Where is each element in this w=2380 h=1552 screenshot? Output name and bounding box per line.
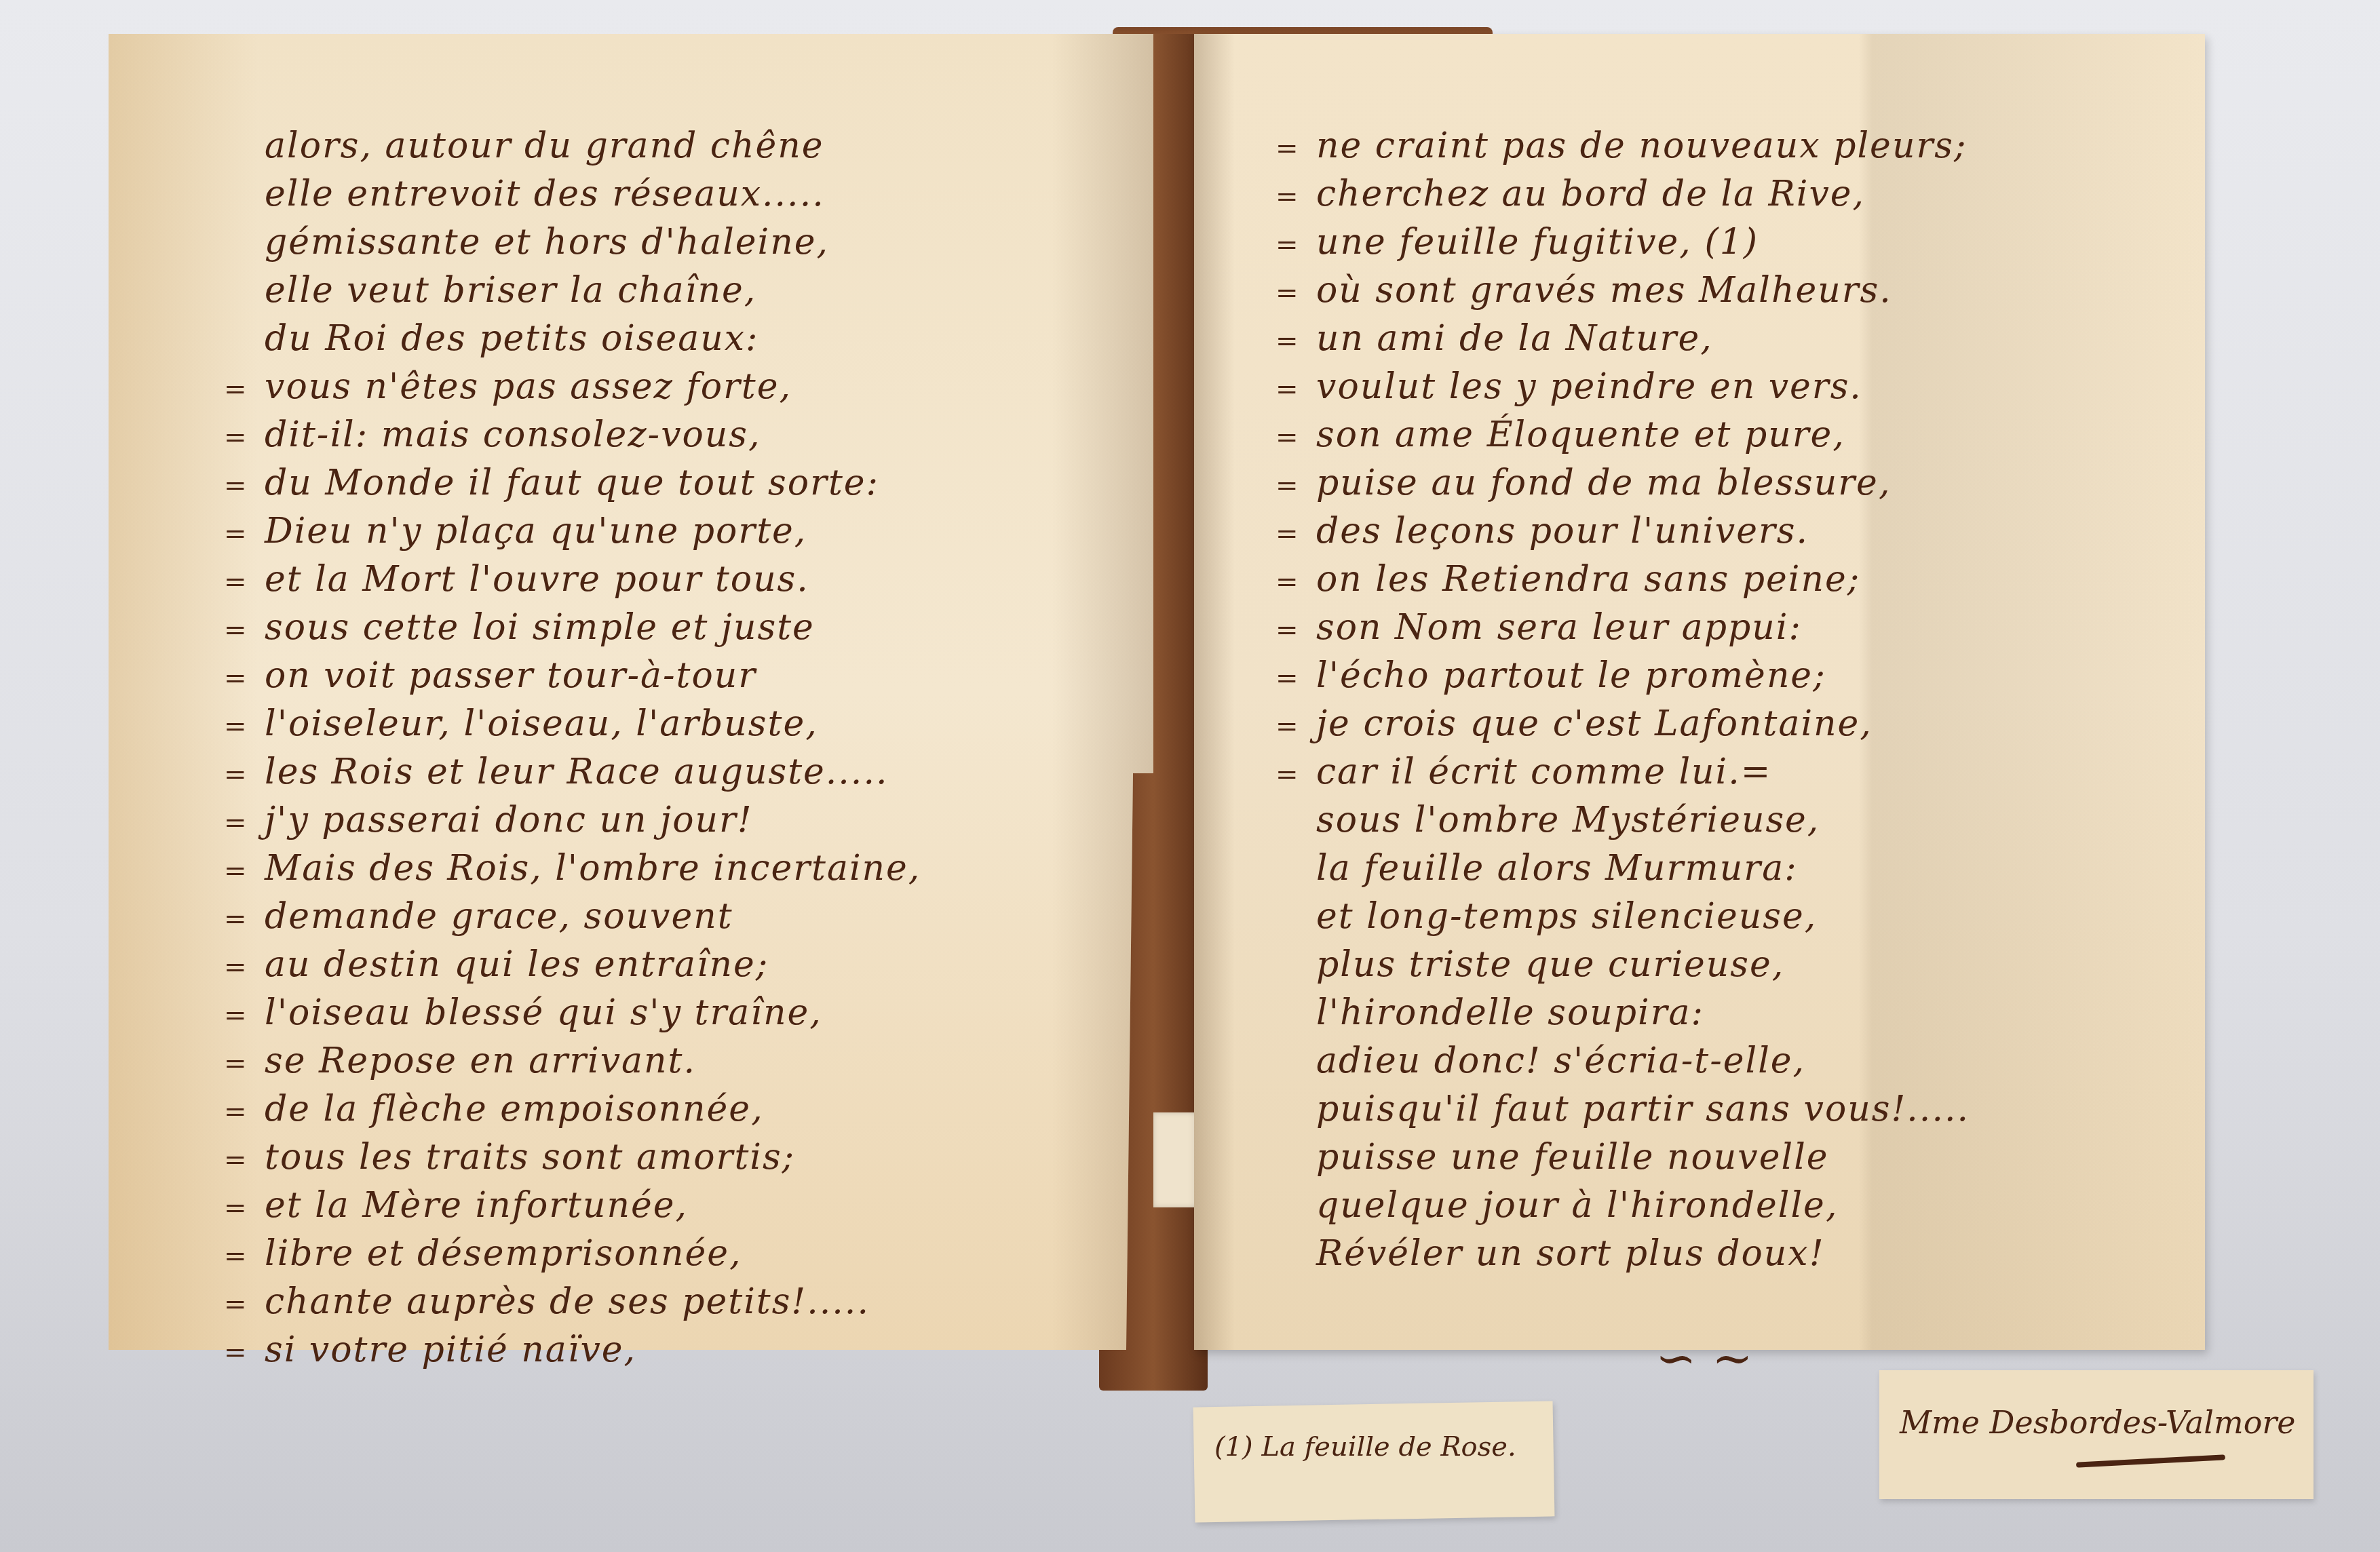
verse-text: l'oiseau blessé qui s'y traîne, — [265, 992, 822, 1033]
verse-text: je crois que c'est Lafontaine, — [1316, 703, 1873, 744]
verse-line: =l'écho partout le promène; — [1275, 652, 1970, 700]
verse-line: =car il écrit comme lui.= — [1275, 748, 1970, 796]
verse-line: =on voit passer tour-à-tour — [224, 652, 921, 700]
verse-text: son Nom sera leur appui: — [1316, 607, 1802, 648]
verse-line: =de la flèche empoisonnée, — [224, 1085, 921, 1133]
continuation-mark: = — [224, 606, 265, 655]
verse-text: Mais des Rois, l'ombre incertaine, — [265, 848, 921, 889]
verse-line: du Roi des petits oiseaux: — [224, 315, 921, 363]
verse-line: =je crois que c'est Lafontaine, — [1275, 700, 1970, 748]
verse-text: Révéler un sort plus doux! — [1316, 1233, 1825, 1274]
verse-line: l'hirondelle soupira: — [1275, 989, 1970, 1037]
verse-line: =Dieu n'y plaça qu'une porte, — [224, 507, 921, 556]
verse-line: alors, autour du grand chêne — [224, 122, 921, 170]
verse-line: plus triste que curieuse, — [1275, 941, 1970, 989]
continuation-mark: = — [224, 366, 265, 414]
verse-line: quelque jour à l'hirondelle, — [1275, 1182, 1970, 1230]
verse-text: et la Mort l'ouvre pour tous. — [265, 559, 809, 600]
continuation-mark: = — [224, 462, 265, 510]
verse-line: =demande grace, souvent — [224, 893, 921, 941]
verse-text: du Roi des petits oiseaux: — [265, 318, 759, 359]
verse-text: quelque jour à l'hirondelle, — [1316, 1185, 1838, 1226]
verse-text: au destin qui les entraîne; — [265, 944, 769, 985]
continuation-mark: = — [1275, 317, 1316, 366]
continuation-mark: = — [1275, 125, 1316, 173]
verse-line: =et la Mère infortunée, — [224, 1182, 921, 1230]
verse-line: =des leçons pour l'univers. — [1275, 507, 1970, 556]
verse-line: puisse une feuille nouvelle — [1275, 1133, 1970, 1182]
continuation-mark: = — [224, 1040, 265, 1088]
continuation-mark: = — [224, 799, 265, 847]
continuation-mark: = — [224, 895, 265, 944]
continuation-mark: = — [224, 414, 265, 462]
closing-flourish: ∽ ∼ — [1655, 1330, 1753, 1386]
verse-text: si votre pitié naïve, — [265, 1330, 636, 1370]
verse-text: adieu donc! s'écria-t-elle, — [1316, 1041, 1805, 1081]
verse-text: demande grace, souvent — [265, 896, 733, 937]
continuation-mark: = — [224, 1329, 265, 1377]
verse-text: plus triste que curieuse, — [1316, 944, 1784, 985]
verse-line: =où sont gravés mes Malheurs. — [1275, 267, 1970, 315]
verse-line: =une feuille fugitive, (1) — [1275, 218, 1970, 267]
continuation-mark: = — [224, 1088, 265, 1136]
verse-line: =ne craint pas de nouveaux pleurs; — [1275, 122, 1970, 170]
verse-line: =chante auprès de ses petits!..... — [224, 1278, 921, 1326]
verse-text: de la flèche empoisonnée, — [265, 1089, 764, 1129]
verse-text: j'y passerai donc un jour! — [265, 800, 753, 840]
verse-text: gémissante et hors d'haleine, — [265, 222, 829, 263]
verse-text: des leçons pour l'univers. — [1316, 511, 1809, 551]
verse-text: et long-temps silencieuse, — [1316, 896, 1817, 937]
verse-text: on les Retiendra sans peine; — [1316, 559, 1860, 600]
verse-text: alors, autour du grand chêne — [265, 125, 824, 166]
verse-line: Révéler un sort plus doux! — [1275, 1230, 1970, 1278]
verse-line: =j'y passerai donc un jour! — [224, 796, 921, 845]
verse-line: =si votre pitié naïve, — [224, 1326, 921, 1374]
verse-text: puise au fond de ma blessure, — [1316, 463, 1891, 503]
continuation-mark: = — [1275, 751, 1316, 799]
verse-line: =du Monde il faut que tout sorte: — [224, 459, 921, 507]
continuation-mark: = — [224, 1281, 265, 1329]
verse-line: =dit-il: mais consolez-vous, — [224, 411, 921, 459]
verse-line: =on les Retiendra sans peine; — [1275, 556, 1970, 604]
continuation-mark: = — [224, 558, 265, 606]
left-page-verses: alors, autour du grand chêneelle entrevo… — [224, 122, 921, 1374]
verse-line: adieu donc! s'écria-t-elle, — [1275, 1037, 1970, 1085]
verse-text: cherchez au bord de la Rive, — [1316, 174, 1865, 214]
continuation-mark: = — [1275, 366, 1316, 414]
continuation-mark: = — [224, 944, 265, 992]
verse-line: =libre et désemprisonnée, — [224, 1230, 921, 1278]
verse-text: un ami de la Nature, — [1316, 318, 1713, 359]
continuation-mark: = — [1275, 414, 1316, 462]
verse-line: =vous n'êtes pas assez forte, — [224, 363, 921, 411]
continuation-mark: = — [1275, 269, 1316, 317]
verse-text: elle veut briser la chaîne, — [265, 270, 756, 311]
verse-text: se Repose en arrivant. — [265, 1041, 696, 1081]
continuation-mark: = — [1275, 510, 1316, 558]
verse-text: l'oiseleur, l'oiseau, l'arbuste, — [265, 703, 818, 744]
verse-line: =son ame Éloquente et pure, — [1275, 411, 1970, 459]
verse-text: puisqu'il faut partir sans vous!..... — [1316, 1089, 1970, 1129]
verse-text: l'écho partout le promène; — [1316, 655, 1826, 696]
verse-line: =Mais des Rois, l'ombre incertaine, — [224, 845, 921, 893]
verse-text: la feuille alors Murmura: — [1316, 848, 1798, 889]
verse-line: =tous les traits sont amortis; — [224, 1133, 921, 1182]
verse-text: ne craint pas de nouveaux pleurs; — [1316, 125, 1967, 166]
verse-line: =l'oiseleur, l'oiseau, l'arbuste, — [224, 700, 921, 748]
verse-line: =sous cette loi simple et juste — [224, 604, 921, 652]
continuation-mark: = — [1275, 606, 1316, 655]
verse-line: =puise au fond de ma blessure, — [1275, 459, 1970, 507]
verse-line: =l'oiseau blessé qui s'y traîne, — [224, 989, 921, 1037]
footnote-text: (1) La feuille de Rose. — [1214, 1431, 1516, 1462]
verse-line: et long-temps silencieuse, — [1275, 893, 1970, 941]
verse-line: elle entrevoit des réseaux..... — [224, 170, 921, 218]
continuation-mark: = — [224, 703, 265, 751]
verse-line: =son Nom sera leur appui: — [1275, 604, 1970, 652]
continuation-mark: = — [1275, 462, 1316, 510]
verse-line: =voulut les y peindre en vers. — [1275, 363, 1970, 411]
continuation-mark: = — [224, 510, 265, 558]
verse-text: voulut les y peindre en vers. — [1316, 366, 1862, 407]
verse-line: =au destin qui les entraîne; — [224, 941, 921, 989]
verse-text: vous n'êtes pas assez forte, — [265, 366, 792, 407]
verse-line: gémissante et hors d'haleine, — [224, 218, 921, 267]
verse-line: sous l'ombre Mystérieuse, — [1275, 796, 1970, 845]
verse-line: elle veut briser la chaîne, — [224, 267, 921, 315]
verse-text: libre et désemprisonnée, — [265, 1233, 742, 1274]
continuation-mark: = — [1275, 655, 1316, 703]
verse-text: l'hirondelle soupira: — [1316, 992, 1704, 1033]
continuation-mark: = — [224, 1136, 265, 1184]
verse-line: =et la Mort l'ouvre pour tous. — [224, 556, 921, 604]
verse-text: chante auprès de ses petits!..... — [265, 1281, 870, 1322]
continuation-mark: = — [224, 655, 265, 703]
verse-line: =les Rois et leur Race auguste..... — [224, 748, 921, 796]
continuation-mark: = — [1275, 558, 1316, 606]
verse-text: du Monde il faut que tout sorte: — [265, 463, 879, 503]
verse-text: dit-il: mais consolez-vous, — [265, 414, 761, 455]
verse-text: tous les traits sont amortis; — [265, 1137, 795, 1178]
verse-text: Dieu n'y plaça qu'une porte, — [265, 511, 807, 551]
verse-line: la feuille alors Murmura: — [1275, 845, 1970, 893]
right-page-verses: =ne craint pas de nouveaux pleurs;=cherc… — [1275, 122, 1970, 1278]
verse-line: =un ami de la Nature, — [1275, 315, 1970, 363]
continuation-mark: = — [224, 1184, 265, 1233]
continuation-mark: = — [1275, 703, 1316, 751]
verse-text: car il écrit comme lui.= — [1316, 752, 1771, 792]
continuation-mark: = — [224, 847, 265, 895]
verse-text: elle entrevoit des réseaux..... — [265, 174, 825, 214]
continuation-mark: = — [1275, 173, 1316, 221]
verse-text: et la Mère infortunée, — [265, 1185, 688, 1226]
continuation-mark: = — [1275, 221, 1316, 269]
author-signature: Mme Desbordes-Valmore — [1900, 1404, 2296, 1441]
verse-text: puisse une feuille nouvelle — [1316, 1137, 1829, 1178]
continuation-mark: = — [224, 992, 265, 1040]
verse-line: =se Repose en arrivant. — [224, 1037, 921, 1085]
verse-line: puisqu'il faut partir sans vous!..... — [1275, 1085, 1970, 1133]
verse-text: sous l'ombre Mystérieuse, — [1316, 800, 1820, 840]
verse-text: les Rois et leur Race auguste..... — [265, 752, 888, 792]
verse-text: une feuille fugitive, (1) — [1316, 222, 1759, 263]
verse-text: on voit passer tour-à-tour — [265, 655, 756, 696]
verse-line: =cherchez au bord de la Rive, — [1275, 170, 1970, 218]
continuation-mark: = — [224, 1233, 265, 1281]
verse-text: sous cette loi simple et juste — [265, 607, 815, 648]
verse-text: son ame Éloquente et pure, — [1316, 414, 1845, 455]
verse-text: où sont gravés mes Malheurs. — [1316, 270, 1892, 311]
continuation-mark: = — [224, 751, 265, 799]
